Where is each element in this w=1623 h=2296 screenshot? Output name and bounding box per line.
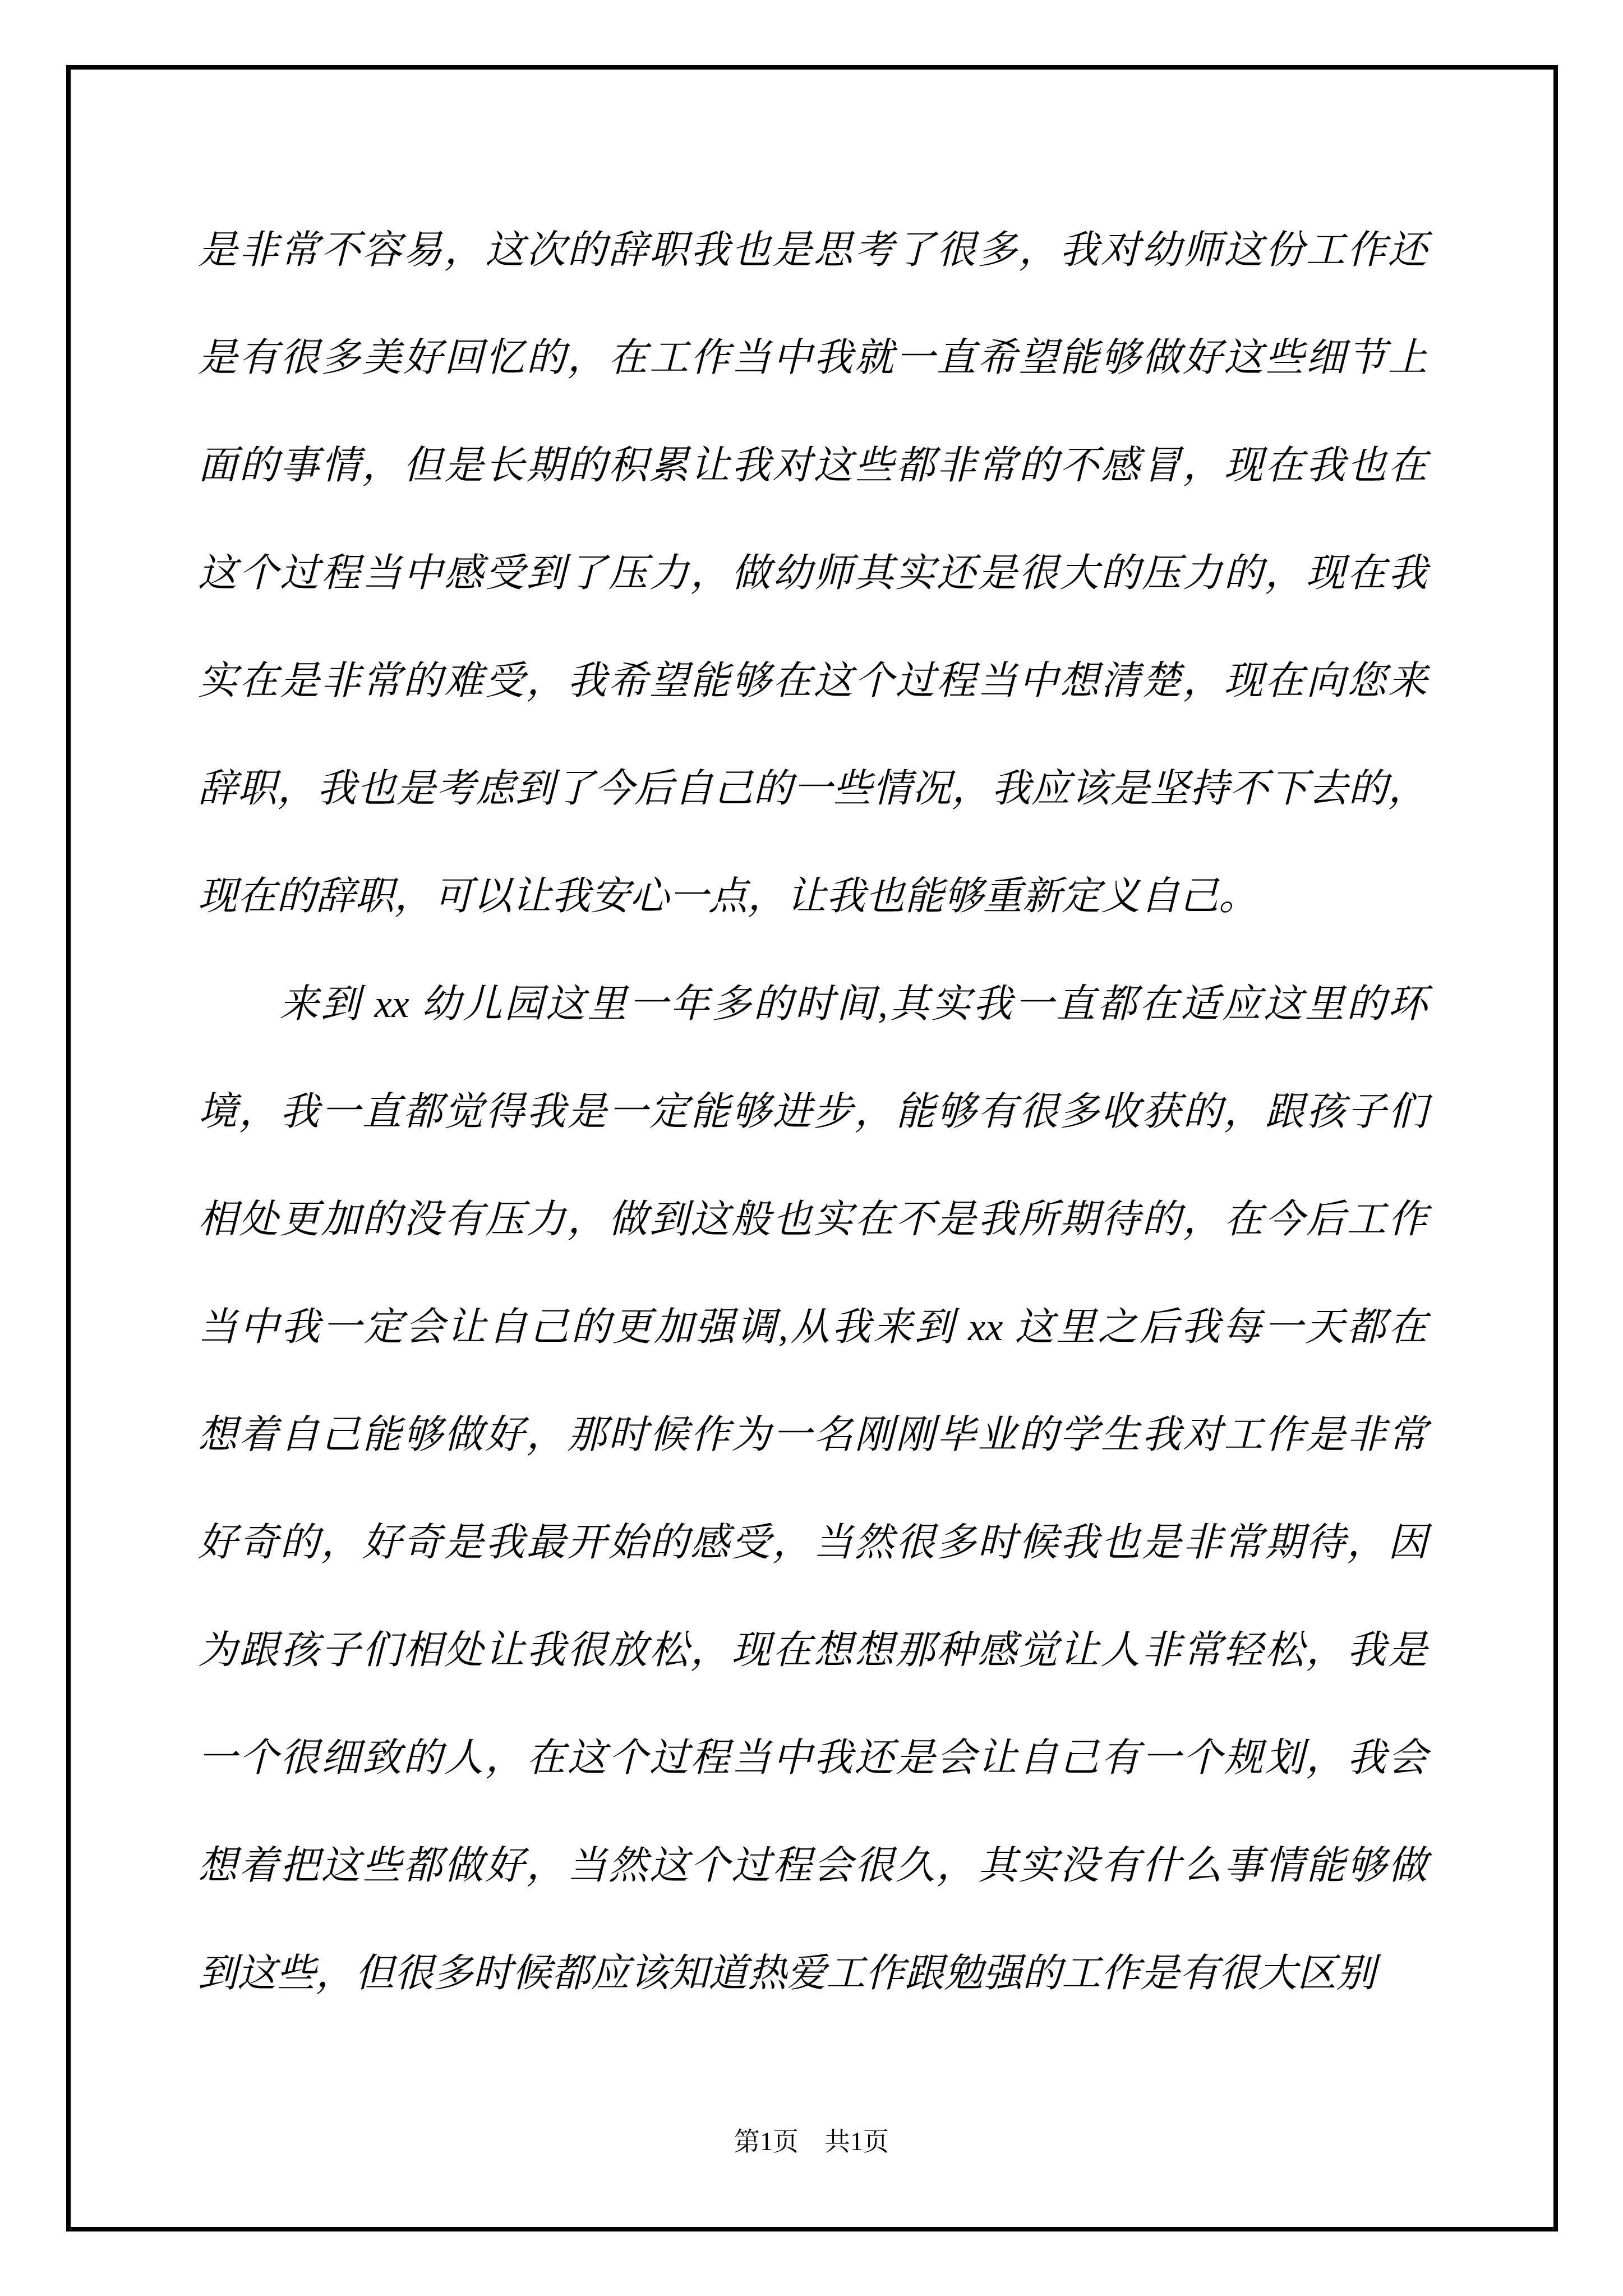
text-line: 辞职，我也是考虑到了今后自己的一些情况，我应该是坚持不下去的， bbox=[198, 735, 1427, 843]
page-number-label: 第1页 共1页 bbox=[734, 2127, 889, 2156]
text-line: 来到 xx 幼儿园这里一年多的时间,其实我一直都在适应这里的环 bbox=[198, 951, 1427, 1059]
document-page: 是非常不容易，这次的辞职我也是思考了很多，我对幼师这份工作还 是有很多美好回忆的… bbox=[0, 0, 1623, 2296]
text-line: 到这些，但很多时候都应该知道热爱工作跟勉强的工作是有很大区别 bbox=[198, 1920, 1427, 2028]
text-line: 当中我一定会让自己的更加强调,从我来到 xx 这里之后我每一天都在 bbox=[198, 1274, 1427, 1382]
text-line: 是非常不容易，这次的辞职我也是思考了很多，我对幼师这份工作还 bbox=[198, 197, 1427, 305]
text-line: 这个过程当中感受到了压力，做幼师其实还是很大的压力的，现在我 bbox=[198, 520, 1427, 628]
text-line: 想着自己能够做好，那时候作为一名刚刚毕业的学生我对工作是非常 bbox=[198, 1382, 1427, 1489]
paragraph-1: 是非常不容易，这次的辞职我也是思考了很多，我对幼师这份工作还 是有很多美好回忆的… bbox=[198, 197, 1427, 951]
paragraph-2: 来到 xx 幼儿园这里一年多的时间,其实我一直都在适应这里的环 境，我一直都觉得… bbox=[198, 951, 1427, 2028]
document-body: 是非常不容易，这次的辞职我也是思考了很多，我对幼师这份工作还 是有很多美好回忆的… bbox=[198, 197, 1427, 2028]
text-line: 实在是非常的难受，我希望能够在这个过程当中想清楚，现在向您来 bbox=[198, 628, 1427, 735]
text-line: 为跟孩子们相处让我很放松，现在想想那种感觉让人非常轻松，我是 bbox=[198, 1597, 1427, 1705]
page-footer: 第1页 共1页 bbox=[0, 2126, 1623, 2157]
text-line: 想着把这些都做好，当然这个过程会很久，其实没有什么事情能够做 bbox=[198, 1812, 1427, 1920]
text-line: 相处更加的没有压力，做到这般也实在不是我所期待的，在今后工作 bbox=[198, 1166, 1427, 1274]
text-line: 现在的辞职，可以让我安心一点，让我也能够重新定义自己。 bbox=[198, 843, 1427, 951]
text-line: 一个很细致的人，在这个过程当中我还是会让自己有一个规划，我会 bbox=[198, 1705, 1427, 1812]
text-line: 好奇的，好奇是我最开始的感受，当然很多时候我也是非常期待，因 bbox=[198, 1489, 1427, 1597]
text-line: 是有很多美好回忆的，在工作当中我就一直希望能够做好这些细节上 bbox=[198, 305, 1427, 412]
text-line: 面的事情，但是长期的积累让我对这些都非常的不感冒，现在我也在 bbox=[198, 412, 1427, 520]
text-line: 境，我一直都觉得我是一定能够进步，能够有很多收获的，跟孩子们 bbox=[198, 1059, 1427, 1166]
